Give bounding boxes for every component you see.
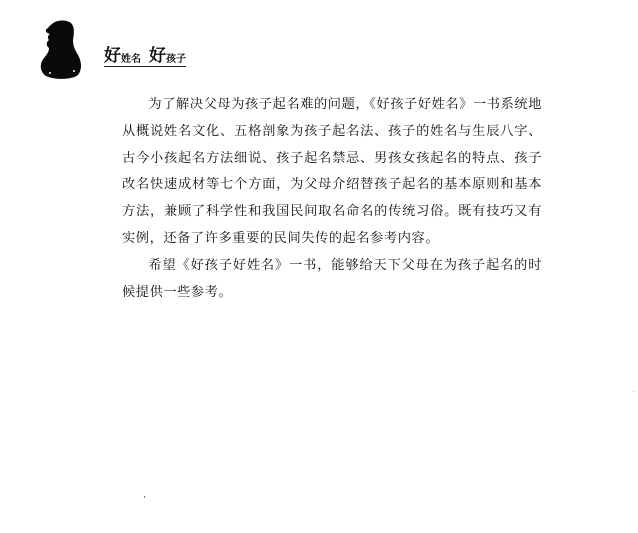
paragraph-2: 希望《好孩子好姓名》一书，能够给天下父母在为孩子起名的时候提供一些参考。 xyxy=(122,253,542,307)
book-title-banner: 好 姓名 好 孩子 xyxy=(104,48,186,67)
silhouette-portrait-icon xyxy=(38,18,82,80)
title-word-1: 姓名 xyxy=(121,55,141,65)
title-word-2: 孩子 xyxy=(166,55,186,65)
scan-speck xyxy=(144,496,145,498)
paragraph-1: 为了解决父母为孩子起名难的问题，《好孩子好姓名》一书系统地从概说姓名文化、五格剖… xyxy=(122,92,542,253)
page-header: 好 姓名 好 孩子 xyxy=(38,18,258,84)
title-char-2: 好 xyxy=(149,48,166,65)
title-char-1: 好 xyxy=(104,48,121,65)
scan-speck xyxy=(633,391,634,392)
preface-body: 为了解决父母为孩子起名难的问题，《好孩子好姓名》一书系统地从概说姓名文化、五格剖… xyxy=(122,92,542,306)
